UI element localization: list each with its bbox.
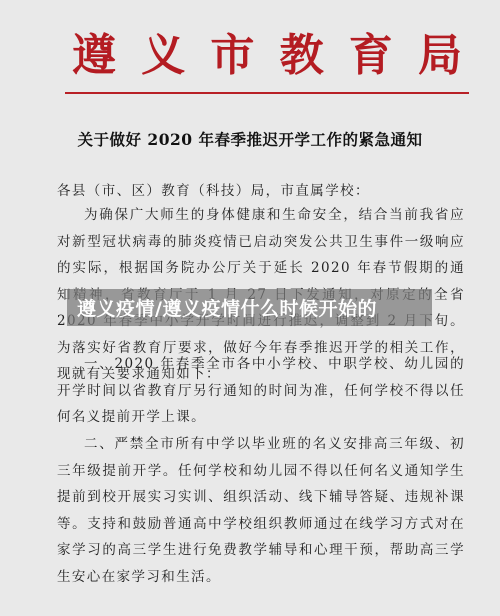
letterhead-char: 局 xyxy=(418,28,462,84)
letterhead-title: 遵 义 市 教 育 局 xyxy=(72,28,462,84)
letterhead-divider xyxy=(65,92,469,94)
paragraph-item-1: 一、2020 年春季全市各中小学校、中职学校、幼儿园的开学时间以省教育厅另行通知… xyxy=(57,351,465,431)
letterhead-char: 义 xyxy=(141,28,185,84)
letterhead-char: 教 xyxy=(280,28,324,84)
caption-text: 遵义疫情/遵义疫情什么时候开始的 xyxy=(77,294,377,321)
letterhead-char: 市 xyxy=(210,28,254,84)
caption-overlay: 遵义疫情/遵义疫情什么时候开始的 xyxy=(67,289,432,326)
letterhead: 遵 义 市 教 育 局 xyxy=(0,0,500,100)
letterhead-char: 育 xyxy=(349,28,393,84)
salutation: 各县（市、区）教育（科技）局，市直属学校： xyxy=(57,178,465,205)
document-title: 关于做好 2020 年春季推迟开学工作的紧急通知 xyxy=(0,128,500,150)
paragraph-item-2: 二、严禁全市所有中学以毕业班的名义安排高三年级、初三年级提前开学。任何学校和幼儿… xyxy=(57,431,465,590)
letterhead-char: 遵 xyxy=(72,28,116,84)
